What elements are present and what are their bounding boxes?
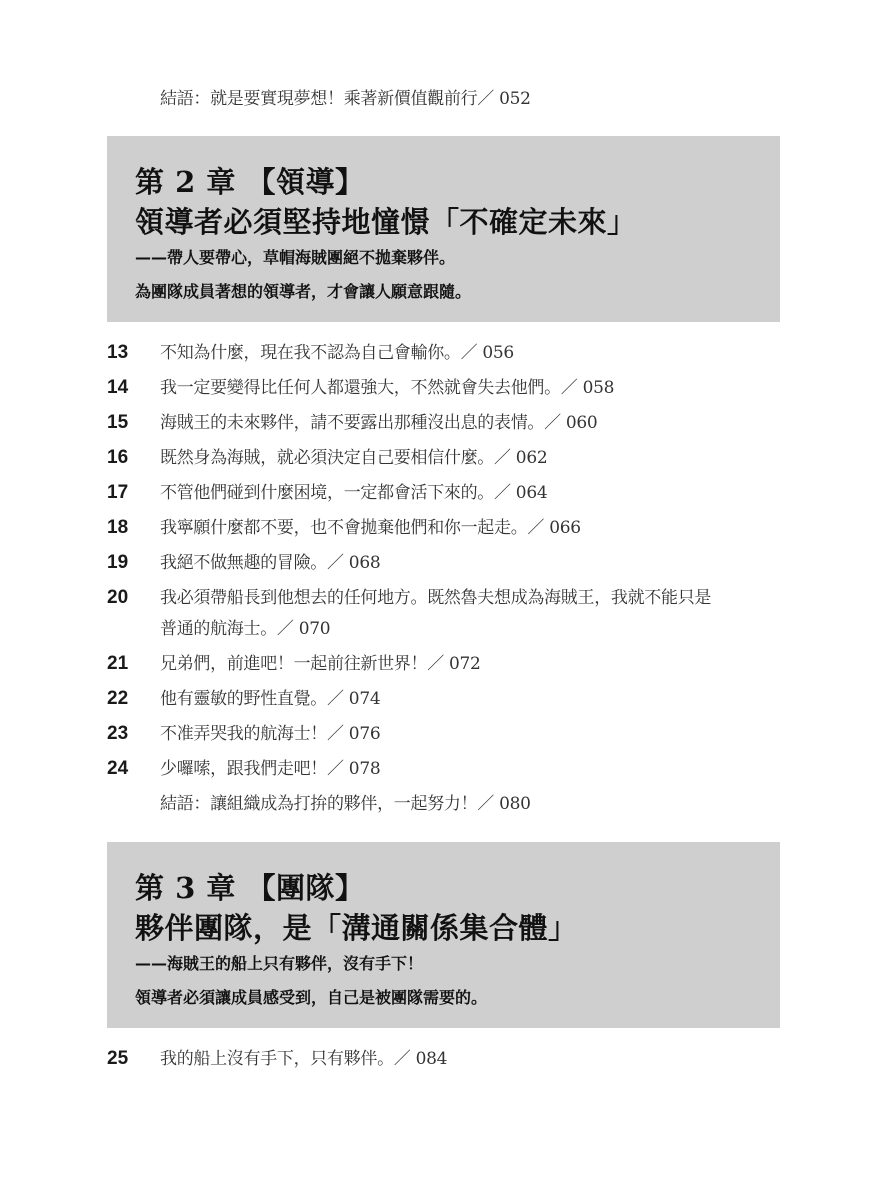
entry-text: 海賊王的未來夥伴，請不要露出那種沒出息的表情。／ 060 [160,412,597,434]
chapter-subtitle: ——海賊王的船上只有夥伴，沒有手下！ [135,951,423,974]
chapter-heading: 第 2 章 【領導】 [135,160,364,201]
entry-number: 17 [107,482,128,504]
entry-number: 20 [107,587,128,609]
entry-text: 結語：讓組織成為打拚的夥伴，一起努力！／ 080 [160,793,531,815]
entry-number: 19 [107,552,128,574]
entry-text: 我必須帶船長到他想去的任何地方。既然魯夫想成為海賊王，我就不能只是 [160,587,711,609]
entry-number: 16 [107,447,128,469]
chapter-title: 領導者必須堅持地憧憬「不確定未來」 [135,200,637,241]
entry-text: 不管他們碰到什麼困境，一定都會活下來的。／ 064 [160,482,547,504]
entry-number: 25 [107,1048,128,1070]
chapter-subtitle: 為團隊成員著想的領導者，才會讓人願意跟隨。 [135,279,471,302]
entry-text: 不准弄哭我的航海士！／ 076 [160,723,380,745]
chapter-2-header: 第 2 章 【領導】 領導者必須堅持地憧憬「不確定未來」 ——帶人要帶心，草帽海… [107,136,780,322]
entry-number: 13 [107,342,128,364]
chapter-subtitle: 領導者必須讓成員感受到，自己是被團隊需要的。 [135,985,487,1008]
entry-text: 他有靈敏的野性直覺。／ 074 [160,688,380,710]
chapter-subtitle: ——帶人要帶心，草帽海賊團絕不拋棄夥伴。 [135,245,455,268]
chapter-heading: 第 3 章 【團隊】 [135,866,364,907]
toc-entry-text: 結語：就是要實現夢想！乘著新價值觀前行／ 052 [160,88,531,110]
entry-number: 14 [107,377,128,399]
entry-text: 普通的航海士。／ 070 [160,618,330,640]
entry-number: 21 [107,653,128,675]
entry-number: 18 [107,517,128,539]
entry-text: 我寧願什麼都不要，也不會拋棄他們和你一起走。／ 066 [160,517,581,539]
entry-number: 22 [107,688,128,710]
chapter-3-header: 第 3 章 【團隊】 夥伴團隊，是「溝通關係集合體」 ——海賊王的船上只有夥伴，… [107,842,780,1028]
entry-number: 23 [107,723,128,745]
entry-number: 15 [107,412,128,434]
entry-text: 我絕不做無趣的冒險。／ 068 [160,552,380,574]
entry-text: 少囉嗦，跟我們走吧！／ 078 [160,758,380,780]
chapter-title: 夥伴團隊，是「溝通關係集合體」 [135,906,578,947]
entry-text: 兄弟們，前進吧！一起前往新世界！／ 072 [160,653,481,675]
entry-text: 不知為什麼，現在我不認為自己會輸你。／ 056 [160,342,514,364]
entry-text: 我一定要變得比任何人都還強大，不然就會失去他們。／ 058 [160,377,614,399]
entry-text: 我的船上沒有手下，只有夥伴。／ 084 [160,1048,447,1070]
entry-number: 24 [107,758,128,780]
entry-text: 既然身為海賊，就必須決定自己要相信什麼。／ 062 [160,447,547,469]
